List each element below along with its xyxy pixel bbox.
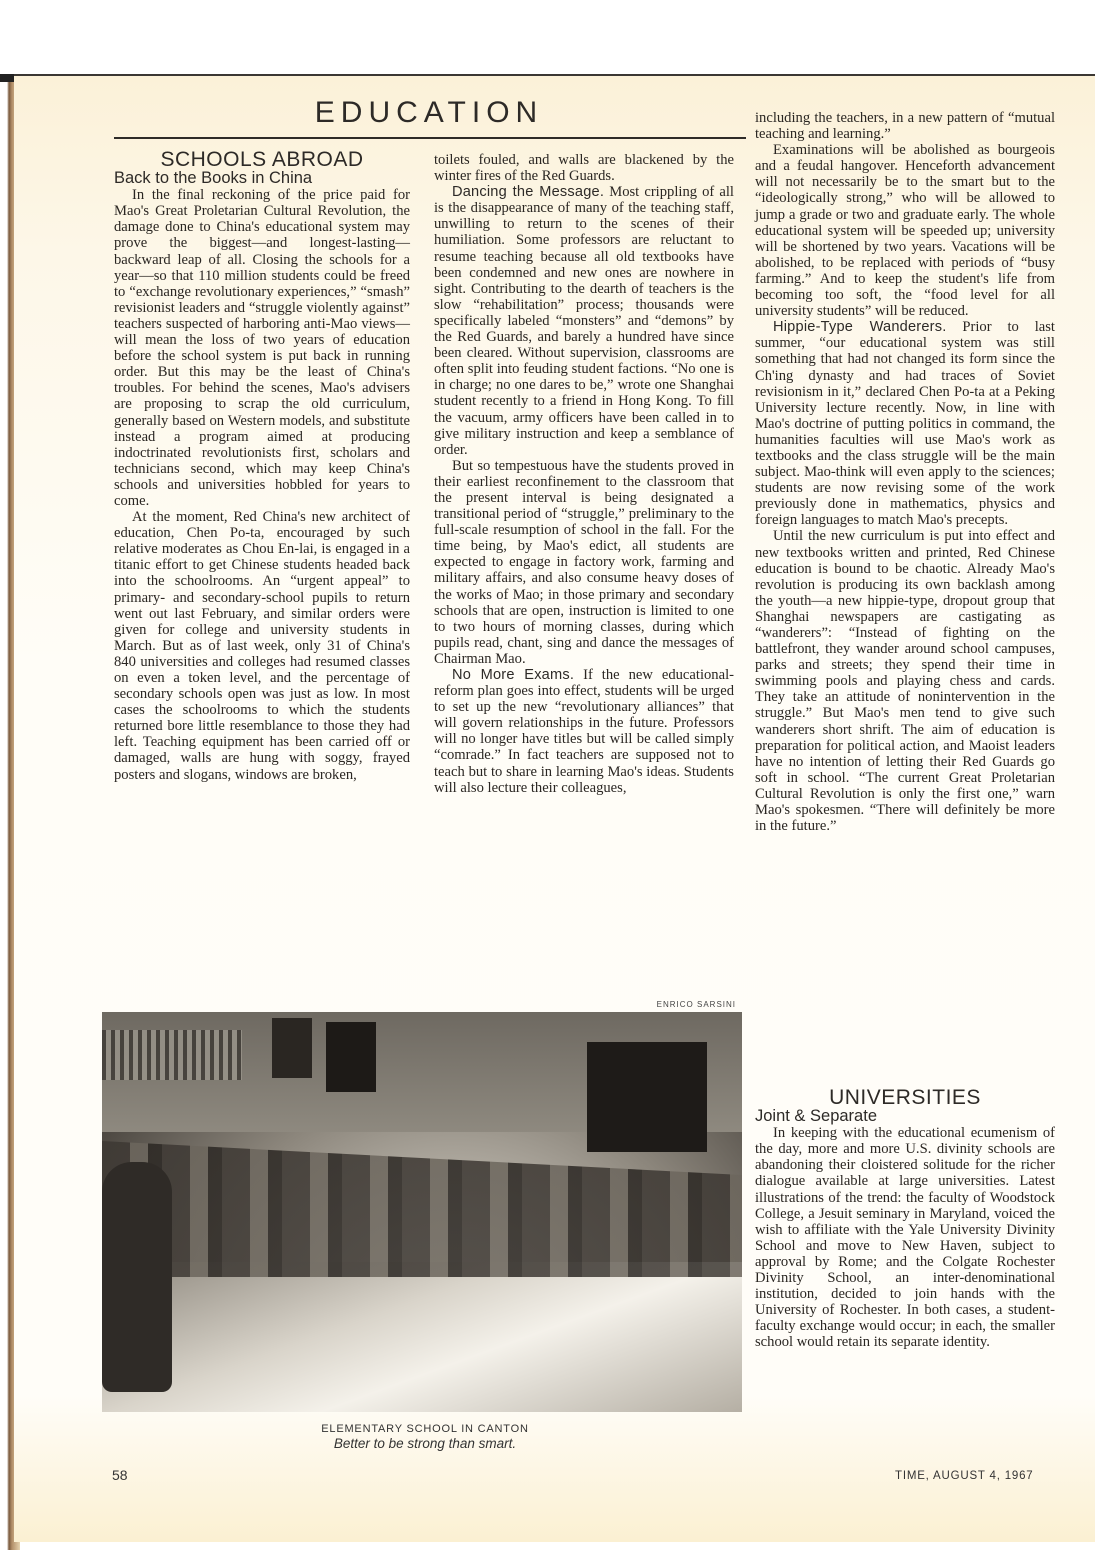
dancing-child (102, 1162, 172, 1392)
paragraph: At the moment, Red China's new architect… (114, 509, 410, 783)
photo-caption: ELEMENTARY SCHOOL IN CANTON Better to be… (300, 1423, 550, 1451)
paragraph: Dancing the Message. Most crippling of a… (434, 184, 734, 458)
publication-footer: TIME, AUGUST 4, 1967 (895, 1470, 1034, 1482)
article-column-1: SCHOOLS ABROAD Back to the Books in Chin… (114, 152, 410, 783)
runin-heading: No More Exams. (452, 667, 574, 683)
article-column-2: toilets fouled, and walls are blackened … (434, 152, 734, 796)
paragraph: In keeping with the educational ecumenis… (755, 1125, 1055, 1350)
runin-heading: Dancing the Message. (452, 184, 604, 200)
page-number: 58 (112, 1467, 128, 1483)
section-divider (114, 137, 746, 139)
classroom-photo (102, 1012, 742, 1412)
runin-heading: Hippie-Type Wanderers. (773, 319, 946, 335)
paragraph: In the final reckoning of the price paid… (114, 187, 410, 509)
paragraph: Examinations will be abolished as bourge… (755, 142, 1055, 319)
section-title: EDUCATION (114, 96, 744, 130)
paragraph: But so tempestuous have the students pro… (434, 458, 734, 667)
paragraph: including the teachers, in a new pattern… (755, 110, 1055, 142)
article-subheading: Joint & Separate (755, 1108, 1055, 1124)
caption-title: ELEMENTARY SCHOOL IN CANTON (300, 1423, 550, 1435)
photo-credit: ENRICO SARSINI (600, 1000, 736, 1009)
paragraph: toilets fouled, and walls are blackened … (434, 152, 734, 184)
article-heading: SCHOOLS ABROAD (114, 152, 410, 168)
paragraph: Until the new curriculum is put into eff… (755, 528, 1055, 834)
caption-text: Better to be strong than smart. (300, 1436, 550, 1451)
article-subheading: Back to the Books in China (114, 170, 410, 186)
paragraph: Hippie-Type Wanderers. Prior to last sum… (755, 319, 1055, 528)
paragraph: No More Exams. If the new educational-re… (434, 667, 734, 796)
article-column-3: including the teachers, in a new pattern… (755, 110, 1055, 834)
article-universities: UNIVERSITIES Joint & Separate In keeping… (755, 1090, 1055, 1351)
article-heading: UNIVERSITIES (755, 1090, 1055, 1106)
